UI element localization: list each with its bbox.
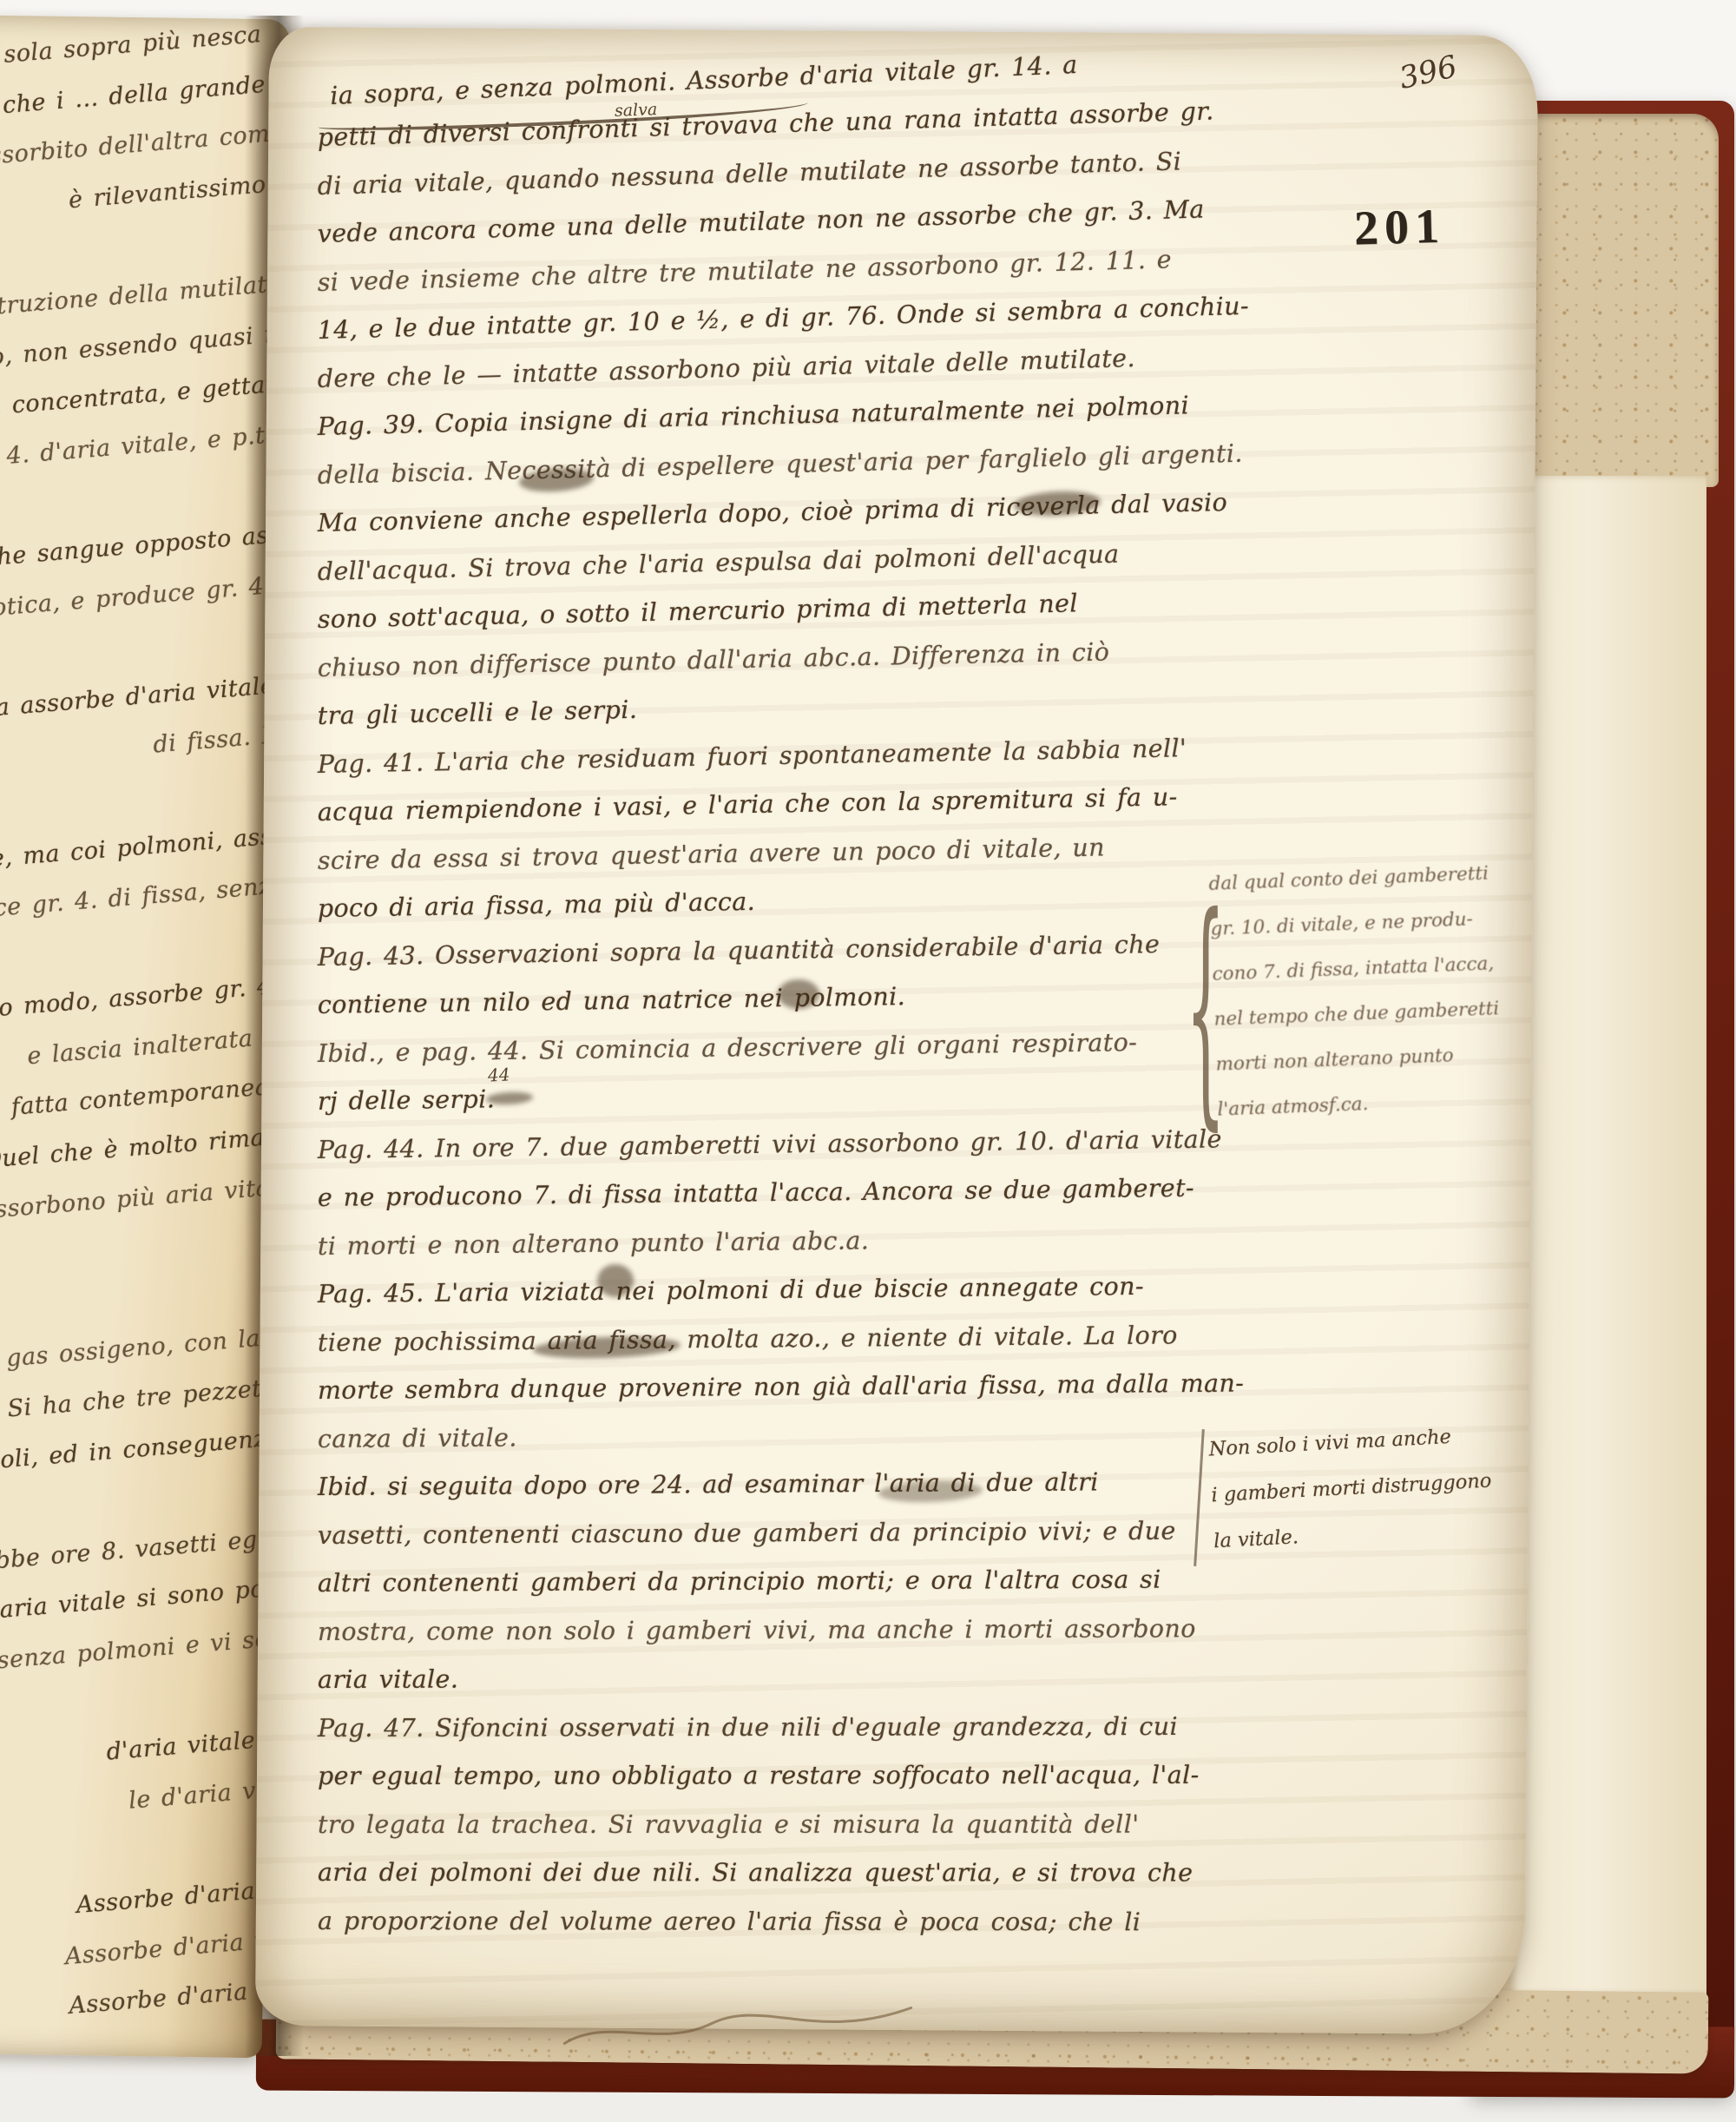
handwritten-line: Pag. 45. L'aria viziata nei polmoni di d… [318,1270,1325,1328]
edge-ink-scribble [555,1992,920,2059]
margin-note-1: dal qual conto dei gamberettigr. 10. di … [1208,863,1479,1143]
handwritten-line: vasetti, contenenti ciascuno due gamberi… [318,1515,1325,1569]
interlinear-correction: 44 [487,1064,510,1085]
handwritten-line: altri contenenti gamberi da principio mo… [318,1565,1325,1618]
handwritten-line: mostra, come non solo i gamberi vivi, ma… [318,1613,1325,1665]
ink-blot [597,1264,634,1297]
handwritten-line: morte sembra dunque provenire non già da… [318,1368,1325,1425]
handwritten-line: tro legata la trachea. Si ravvaglia e si… [318,1809,1325,1858]
handwritten-line: Pag. 47. Sifoncini osservati in due nili… [318,1711,1325,1762]
ink-blot [778,979,819,1009]
stamped-folio-number: 201 [1353,199,1446,257]
handwritten-line: canza di vitale. [318,1417,1325,1473]
handwritten-line: per egual tempo, uno obbligato a restare… [318,1761,1325,1810]
handwritten-line: aria dei polmoni dei due nili. Si analiz… [318,1858,1325,1907]
handwritten-line: tiene pochissima aria fissa, molta azo.,… [318,1319,1325,1376]
handwritten-line: aria vitale. [318,1663,1325,1714]
margin-note-2: Non solo i vivi ma anchei gamberi morti … [1208,1424,1493,1577]
underlying-page-edge [1510,476,1706,2039]
photo-open-manuscript-book: più: e sola sopra più nescachiudeva, che… [0,0,1736,2122]
handwritten-line: Ibid. si seguita dopo ore 24. ad esamina… [318,1466,1325,1521]
handwritten-line: a proporzione del volume aereo l'aria fi… [318,1907,1325,1956]
main-text-column: petti di diversi confronti si trovava ch… [318,123,1325,1954]
